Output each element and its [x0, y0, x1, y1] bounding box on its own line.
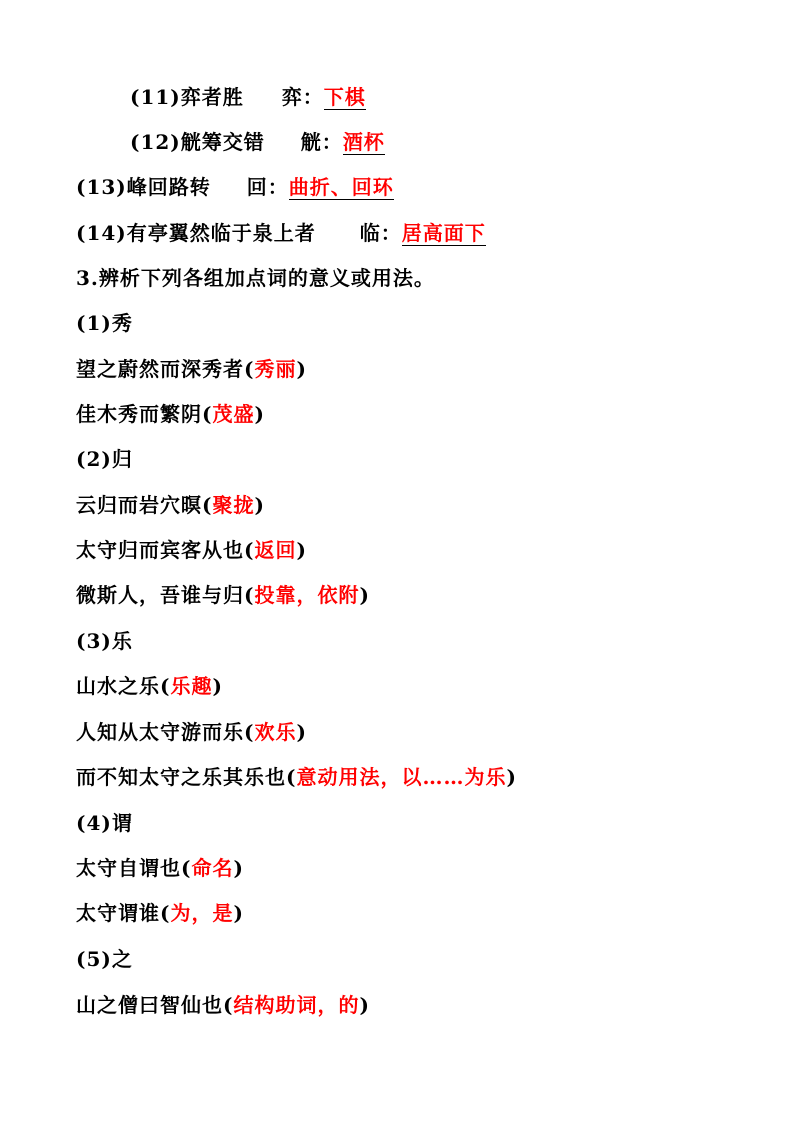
example-answer: 欢乐 [254, 720, 296, 744]
close-paren: ) [296, 538, 306, 562]
example-answer: 返回 [254, 538, 296, 562]
example-text: 人知从太守游而乐( [76, 720, 254, 744]
example-answer: 意动用法，以……为乐 [296, 765, 506, 789]
example-line: 太守谓谁(为，是) [76, 898, 244, 928]
example-text: 山水之乐( [76, 674, 170, 698]
example-answer: 秀丽 [254, 357, 296, 381]
item-phrase: 峰回路转 [127, 175, 211, 199]
group-title-gui: (2)归 [76, 444, 133, 474]
item-number: (14) [76, 221, 127, 245]
item-number: (13) [76, 175, 127, 199]
item-word: 觥： [301, 130, 343, 154]
example-text: 太守自谓也( [76, 856, 191, 880]
example-text: 太守谓谁( [76, 901, 170, 925]
group-title-zhi: (5)之 [76, 944, 133, 974]
example-text: 云归而岩穴暝( [76, 493, 212, 517]
item-answer: 曲折、回环 [289, 175, 394, 200]
vocab-item-14: (14)有亭翼然临于泉上者临：居高面下 [76, 218, 486, 248]
example-answer: 茂盛 [212, 402, 254, 426]
close-paren: ) [233, 856, 243, 880]
example-text: 微斯人，吾谁与归( [76, 583, 254, 607]
item-word: 弈： [282, 85, 324, 109]
example-text: 山之僧曰智仙也( [76, 993, 233, 1017]
item-phrase: 有亭翼然临于泉上者 [127, 221, 316, 245]
example-text: 望之蔚然而深秀者( [76, 357, 254, 381]
example-answer: 聚拢 [212, 493, 254, 517]
example-line: 太守归而宾客从也(返回) [76, 535, 307, 565]
example-line: 太守自谓也(命名) [76, 853, 244, 883]
example-line: 佳木秀而繁阴(茂盛) [76, 399, 265, 429]
section-heading: 3.辨析下列各组加点词的意义或用法。 [76, 263, 435, 293]
group-title-xiu: (1)秀 [76, 308, 133, 338]
group-title-le: (3)乐 [76, 626, 133, 656]
item-answer: 下棋 [324, 85, 366, 110]
example-answer: 命名 [191, 856, 233, 880]
example-text: 太守归而宾客从也( [76, 538, 254, 562]
example-line: 望之蔚然而深秀者(秀丽) [76, 354, 307, 384]
vocab-item-12: (12)觥筹交错觥：酒杯 [130, 127, 385, 157]
example-text: 佳木秀而繁阴( [76, 402, 212, 426]
example-line: 山之僧曰智仙也(结构助词，的) [76, 990, 370, 1020]
example-answer: 结构助词，的 [233, 993, 359, 1017]
item-number: (11) [130, 85, 181, 109]
example-answer: 乐趣 [170, 674, 212, 698]
close-paren: ) [296, 357, 306, 381]
vocab-item-11: (11)弈者胜弈：下棋 [130, 82, 366, 112]
item-answer: 酒杯 [343, 130, 385, 155]
close-paren: ) [359, 993, 369, 1017]
item-answer: 居高面下 [402, 221, 486, 246]
item-phrase: 弈者胜 [181, 85, 244, 109]
item-word: 回： [247, 175, 289, 199]
close-paren: ) [254, 402, 264, 426]
close-paren: ) [296, 720, 306, 744]
group-title-wei: (4)谓 [76, 808, 133, 838]
close-paren: ) [254, 493, 264, 517]
example-text: 而不知太守之乐其乐也( [76, 765, 296, 789]
example-line: 云归而岩穴暝(聚拢) [76, 490, 265, 520]
close-paren: ) [359, 583, 369, 607]
example-line: 微斯人，吾谁与归(投靠，依附) [76, 580, 370, 610]
item-phrase: 觥筹交错 [181, 130, 265, 154]
close-paren: ) [506, 765, 516, 789]
example-line: 而不知太守之乐其乐也(意动用法，以……为乐) [76, 762, 517, 792]
example-line: 山水之乐(乐趣) [76, 671, 223, 701]
vocab-item-13: (13)峰回路转回：曲折、回环 [76, 172, 394, 202]
item-word: 临： [360, 221, 402, 245]
example-line: 人知从太守游而乐(欢乐) [76, 717, 307, 747]
example-answer: 投靠，依附 [254, 583, 359, 607]
close-paren: ) [212, 674, 222, 698]
close-paren: ) [233, 901, 243, 925]
example-answer: 为，是 [170, 901, 233, 925]
item-number: (12) [130, 130, 181, 154]
